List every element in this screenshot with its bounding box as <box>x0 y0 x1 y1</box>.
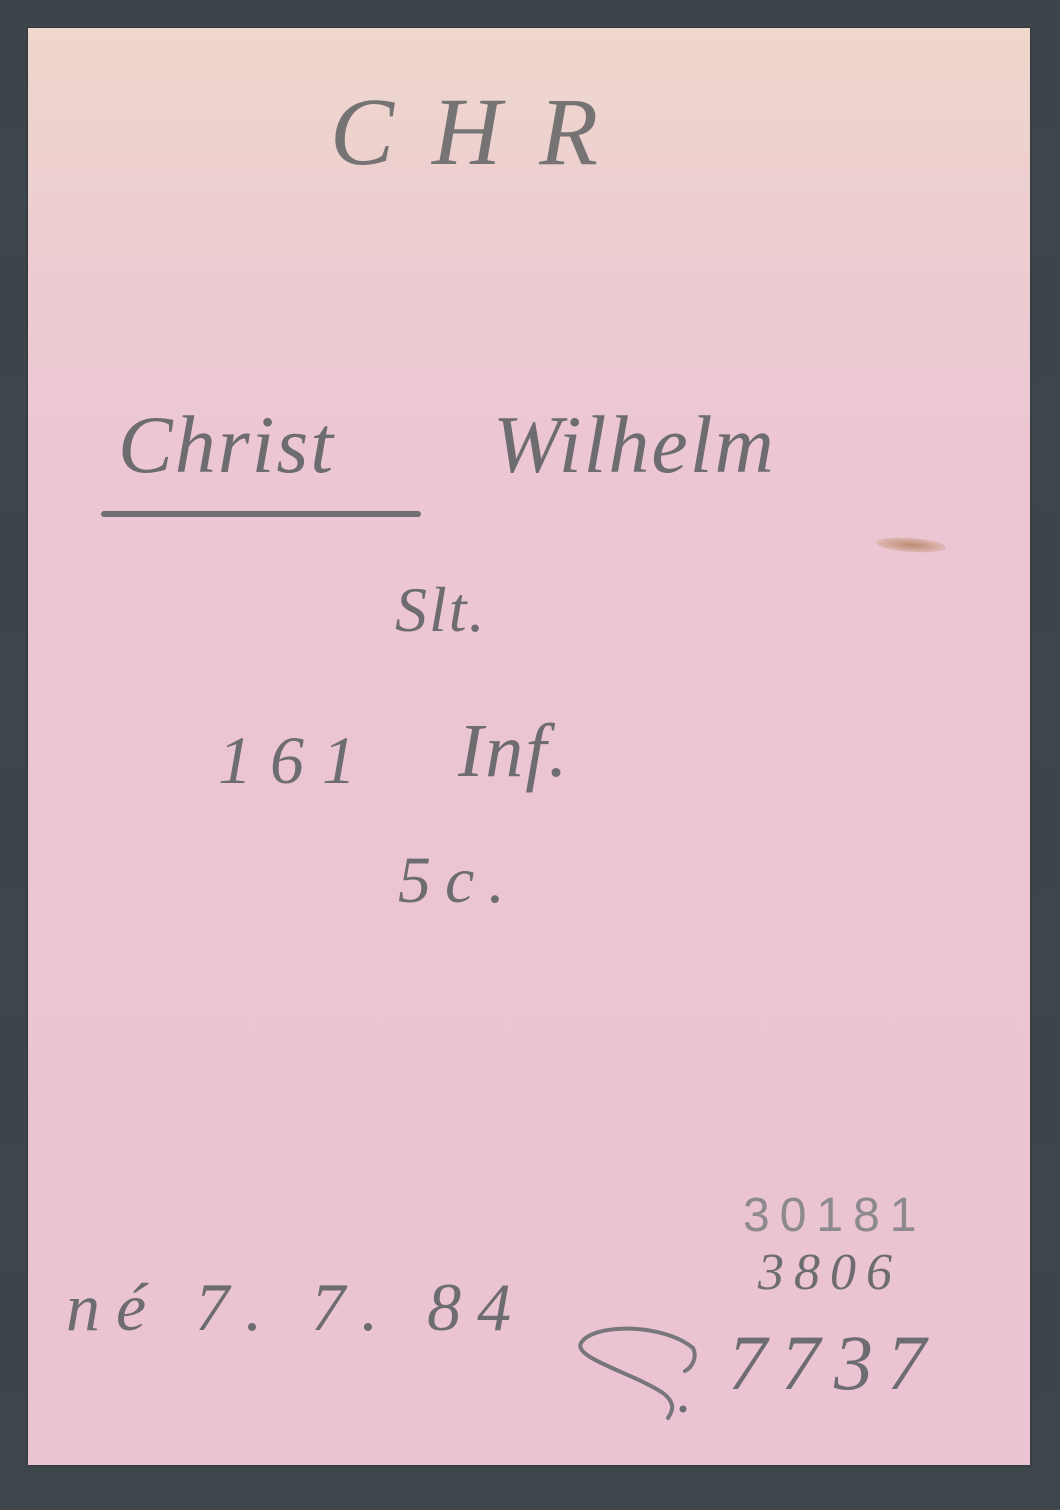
regiment-number: 161 <box>218 721 374 800</box>
rank: Slt. <box>395 573 487 647</box>
surname: Christ <box>118 398 335 492</box>
header-code: CHR <box>330 76 636 187</box>
surname-underline <box>101 511 421 517</box>
index-card: CHR Christ Wilhelm Slt. 161 Inf. 5c. né … <box>28 28 1030 1465</box>
birth-date: né 7. 7. 84 <box>66 1268 527 1347</box>
given-name: Wilhelm <box>493 398 776 492</box>
stain-mark <box>876 536 947 555</box>
regiment-unit: Inf. <box>458 708 569 795</box>
reference-number-middle: 3806 <box>758 1243 902 1302</box>
company: 5c. <box>398 843 519 919</box>
reference-number-top: 30181 <box>743 1188 926 1243</box>
reference-number-bottom: 7737 <box>728 1318 940 1408</box>
